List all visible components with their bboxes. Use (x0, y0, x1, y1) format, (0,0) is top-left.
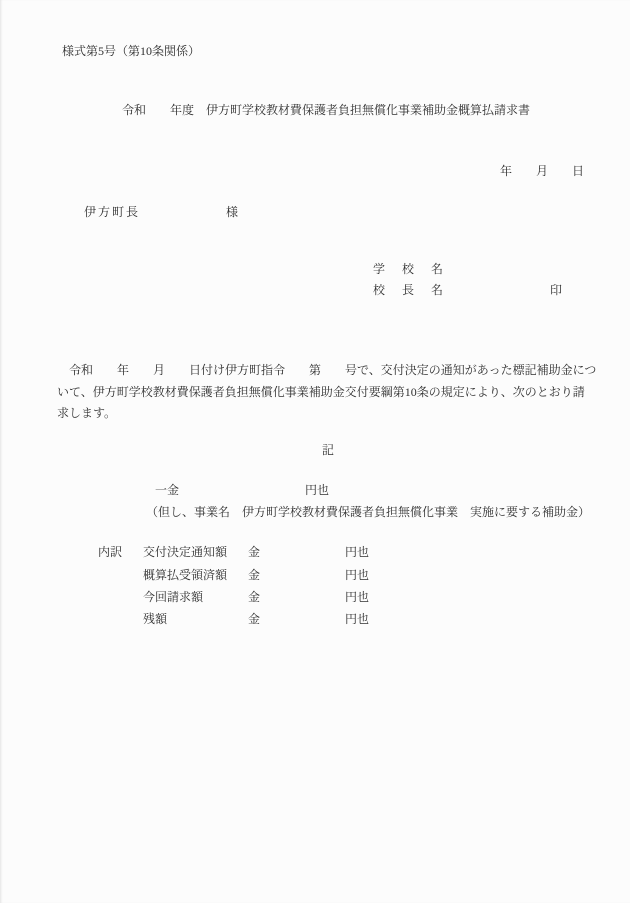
honorific-sama: 様 (226, 205, 238, 219)
breakdown-item-label: 残額 (143, 610, 167, 627)
breakdown-row: 今回請求額 金 円也 (0, 588, 630, 608)
breakdown-item-label: 交付決定通知額 (143, 543, 227, 560)
date-line: 年 月 日 (500, 162, 584, 179)
amount-unit: 円也 (305, 481, 329, 498)
document-title: 令和 年度 伊方町学校教材費保護者負担無償化事業補助金概算払請求書 (122, 101, 530, 118)
section-marker-ki: 記 (322, 441, 334, 458)
breakdown-item-label: 概算払受領済額 (143, 566, 227, 583)
breakdown-amount-prefix: 金 (248, 543, 260, 560)
breakdown-row: 交付決定通知額 金 円也 (0, 543, 630, 563)
addressee-row: 伊方町長様 (84, 203, 238, 220)
breakdown-amount-prefix: 金 (248, 566, 260, 583)
breakdown-item-label: 今回請求額 (143, 588, 203, 605)
breakdown-amount-prefix: 金 (248, 610, 260, 627)
breakdown-amount-suffix: 円也 (345, 543, 369, 560)
addressee-name: 伊方町長 (84, 205, 140, 219)
body-paragraph-line-2: いて、伊方町学校教材費保護者負担無償化事業補助金交付要綱第10条の規定により、次… (57, 383, 585, 400)
document-page: 様式第5号（第10条関係） 令和 年度 伊方町学校教材費保護者負担無償化事業補助… (0, 0, 630, 903)
breakdown-amount-suffix: 円也 (345, 588, 369, 605)
breakdown-row: 概算払受領済額 金 円也 (0, 566, 630, 586)
body-paragraph-line-3: 求します。 (57, 404, 116, 421)
amount-label: 一金 (155, 481, 179, 498)
body-paragraph-line-1: 令和 年 月 日付け伊方町指令 第 号で、交付決定の通知があった標記補助金につ (57, 361, 596, 378)
school-name-label: 学 校 名 (373, 260, 446, 277)
breakdown-amount-prefix: 金 (248, 588, 260, 605)
principal-name-label: 校 長 名 (373, 281, 446, 298)
seal-label: 印 (550, 281, 562, 298)
breakdown-amount-suffix: 円也 (345, 566, 369, 583)
form-number: 様式第5号（第10条関係） (62, 42, 200, 59)
breakdown-amount-suffix: 円也 (345, 610, 369, 627)
breakdown-row: 残額 金 円也 (0, 610, 630, 630)
note-line: （但し、事業名 伊方町学校教材費保護者負担無償化事業 実施に要する補助金） (146, 503, 590, 520)
